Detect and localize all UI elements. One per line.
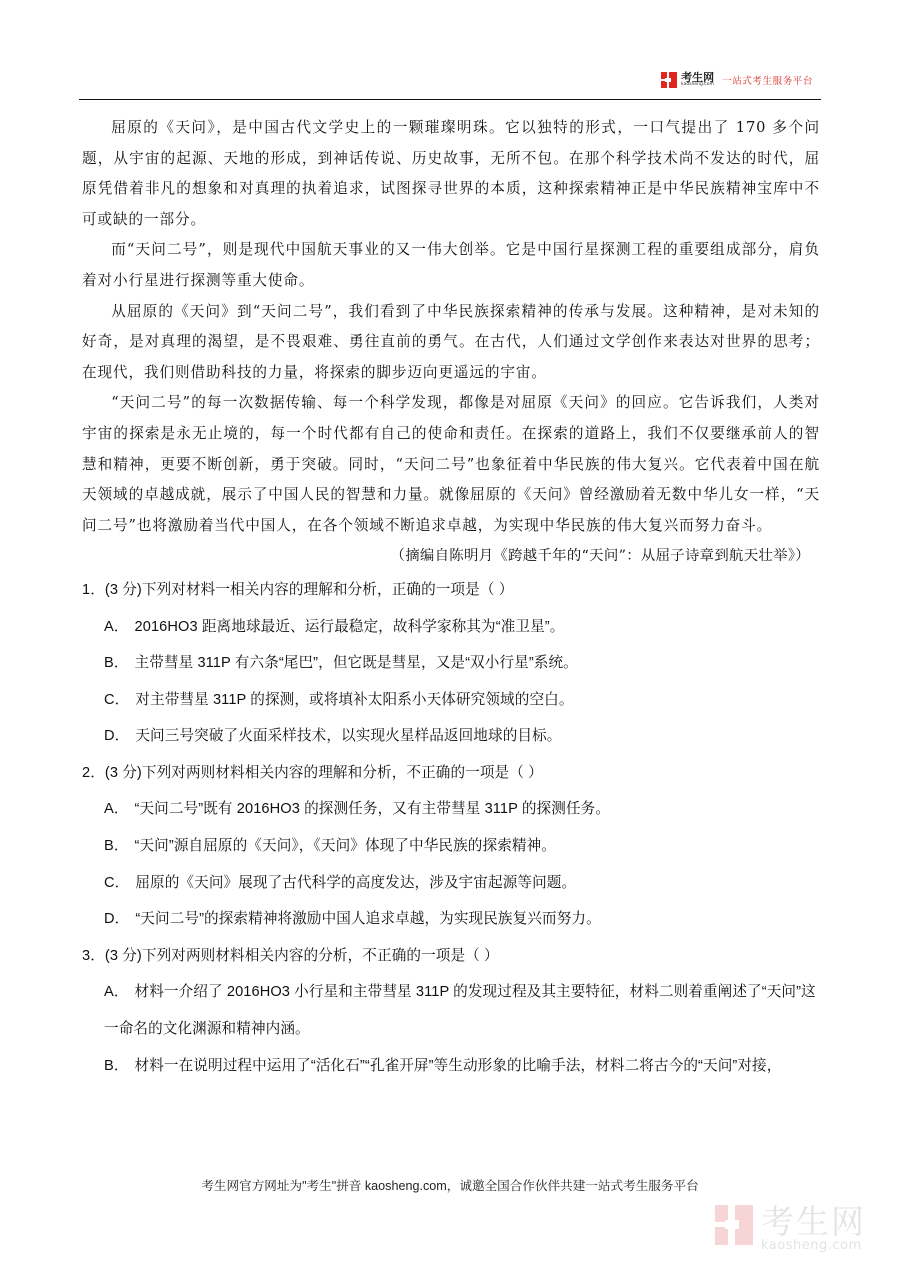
option-text: 2016HO3 距离地球最近、运行最稳定，故科学家称其为“准卫星”。	[135, 619, 565, 635]
option-text: “天问”源自屈原的《天问》，《天问》体现了中华民族的探索精神。	[135, 838, 556, 854]
page-header: 考生网 kaosheng.com 一站式考生服务平台	[79, 66, 821, 100]
watermark-text: 考生网 kaosheng.com	[761, 1205, 866, 1252]
option-label: B．	[104, 1058, 129, 1074]
option-text: 材料一在说明过程中运用了“活化石”“孔雀开屏”等生动形象的比喻手法，材料二将古今…	[135, 1058, 782, 1074]
option-label: B．	[104, 655, 129, 671]
header-divider	[79, 99, 821, 101]
page-footer: 考生网官方网址为"考生"拼音 kaosheng.com，诚邀全国合作伙伴共建一站…	[0, 1175, 900, 1194]
option-text: 屈原的《天问》展现了古代科学的高度发达，涉及宇宙起源等问题。	[135, 875, 576, 891]
question-1: 1．(3 分)下列对材料一相关内容的理解和分析，正确的一项是（ ） A．2016…	[82, 572, 820, 755]
watermark-name: 考生网	[761, 1205, 866, 1238]
watermark: 考生网 kaosheng.com	[715, 1205, 866, 1252]
option-text: 材料一介绍了 2016HO3 小行星和主带彗星 311P 的发现过程及其主要特征…	[104, 984, 816, 1037]
header-logo: 考生网 kaosheng.com 一站式考生服务平台	[661, 72, 813, 88]
option-text: “天问二号”既有 2016HO3 的探测任务，又有主带彗星 311P 的探测任务…	[135, 801, 611, 817]
option-d: D．“天问二号”的探索精神将激励中国人追求卓越，为实现民族复兴而努力。	[104, 901, 820, 938]
watermark-domain: kaosheng.com	[761, 1239, 866, 1252]
kaosheng-watermark-logo-icon	[715, 1205, 753, 1245]
logo-domain: kaosheng.com	[681, 83, 714, 88]
option-b: B．材料一在说明过程中运用了“活化石”“孔雀开屏”等生动形象的比喻手法，材料二将…	[104, 1048, 820, 1085]
question-2: 2．(3 分)下列对两则材料相关内容的理解和分析，不正确的一项是（ ） A．“天…	[82, 755, 820, 938]
option-label: A．	[104, 619, 129, 635]
option-label: D．	[104, 728, 129, 744]
option-c: C．对主带彗星 311P 的探测，或将填补太阳系小天体研究领域的空白。	[104, 682, 820, 719]
option-d: D．天问三号突破了火面采样技术，以实现火星样品返回地球的目标。	[104, 718, 820, 755]
passage-paragraph: 从屈原的《天问》到“天问二号”，我们看到了中华民族探索精神的传承与发展。这种精神…	[82, 297, 820, 389]
option-text: 对主带彗星 311P 的探测，或将填补太阳系小天体研究领域的空白。	[135, 692, 573, 708]
question-stem: 2．(3 分)下列对两则材料相关内容的理解和分析，不正确的一项是（ ）	[82, 755, 820, 792]
header-slogan: 一站式考生服务平台	[722, 73, 813, 87]
option-text: 主带彗星 311P 有六条“尾巴”，但它既是彗星，又是“双小行星”系统。	[135, 655, 578, 671]
question-stem: 1．(3 分)下列对材料一相关内容的理解和分析，正确的一项是（ ）	[82, 572, 820, 609]
passage-citation: （摘编自陈明月《跨越千年的“天问”：从屈子诗章到航天壮举》）	[82, 541, 820, 572]
option-label: A．	[104, 984, 129, 1000]
page-content: 屈原的《天问》，是中国古代文学史上的一颗璀璨明珠。它以独特的形式，一口气提出了 …	[82, 113, 820, 1084]
reading-passage: 屈原的《天问》，是中国古代文学史上的一颗璀璨明珠。它以独特的形式，一口气提出了 …	[82, 113, 820, 572]
option-label: C．	[104, 875, 129, 891]
question-stem: 3．(3 分)下列对两则材料相关内容的分析，不正确的一项是（ ）	[82, 938, 820, 975]
option-c: C．屈原的《天问》展现了古代科学的高度发达，涉及宇宙起源等问题。	[104, 865, 820, 902]
option-b: B．“天问”源自屈原的《天问》，《天问》体现了中华民族的探索精神。	[104, 828, 820, 865]
option-text: 天问三号突破了火面采样技术，以实现火星样品返回地球的目标。	[135, 728, 561, 744]
option-label: A．	[104, 801, 129, 817]
question-3: 3．(3 分)下列对两则材料相关内容的分析，不正确的一项是（ ） A．材料一介绍…	[82, 938, 820, 1084]
option-b: B．主带彗星 311P 有六条“尾巴”，但它既是彗星，又是“双小行星”系统。	[104, 645, 820, 682]
passage-paragraph: 屈原的《天问》，是中国古代文学史上的一颗璀璨明珠。它以独特的形式，一口气提出了 …	[82, 113, 820, 235]
option-label: D．	[104, 911, 129, 927]
passage-paragraph: “天问二号”的每一次数据传输、每一个科学发现，都像是对屈原《天问》的回应。它告诉…	[82, 388, 820, 541]
kaosheng-logo-icon	[661, 72, 677, 88]
passage-paragraph: 而“天问二号”，则是现代中国航天事业的又一伟大创举。它是中国行星探测工程的重要组…	[82, 235, 820, 296]
option-label: B．	[104, 838, 129, 854]
option-a: A．2016HO3 距离地球最近、运行最稳定，故科学家称其为“准卫星”。	[104, 609, 820, 646]
option-a: A．“天问二号”既有 2016HO3 的探测任务，又有主带彗星 311P 的探测…	[104, 791, 820, 828]
logo-text: 考生网 kaosheng.com	[681, 72, 714, 88]
option-label: C．	[104, 692, 129, 708]
option-a: A．材料一介绍了 2016HO3 小行星和主带彗星 311P 的发现过程及其主要…	[104, 974, 820, 1047]
option-text: “天问二号”的探索精神将激励中国人追求卓越，为实现民族复兴而努力。	[135, 911, 600, 927]
